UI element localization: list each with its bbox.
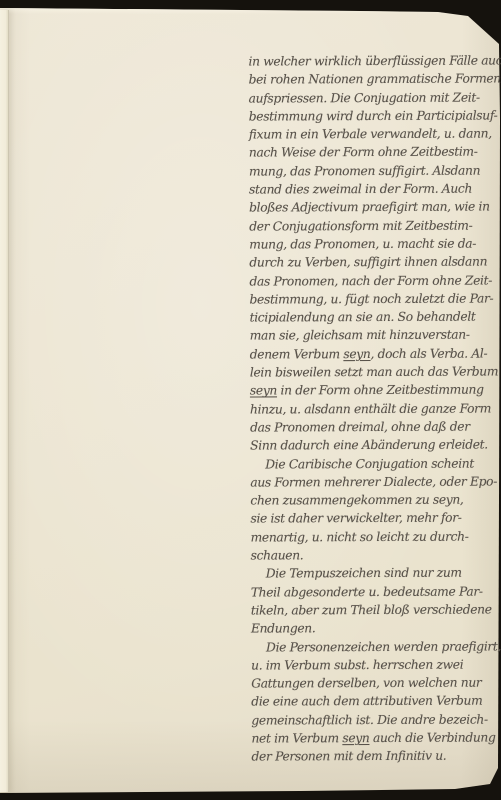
underlying-page-edge — [0, 10, 9, 792]
manuscript-line: man sie, gleichsam mit hinzuverstan- — [250, 326, 501, 345]
manuscript-line: Theil abgesonderte u. bedeutsame Par- — [251, 582, 501, 601]
manuscript-line: chen zusammengekommen zu seyn, — [250, 491, 501, 510]
manuscript-line: nach Weise der Form ohne Zeitbestim- — [249, 143, 500, 162]
manuscript-line: Gattungen derselben, von welchen nur — [251, 674, 501, 693]
manuscript-line: der Conjugationsform mit Zeitbestim- — [249, 216, 500, 235]
photo-background: in welcher wirklich überflüssigen Fälle … — [0, 0, 501, 800]
manuscript-line: das Pronomen dreimal, ohne daß der — [250, 417, 501, 436]
manuscript-line: menartig, u. nicht so leicht zu durch- — [251, 527, 501, 546]
manuscript-line: Endungen. — [251, 619, 501, 638]
manuscript-line: tikeln, aber zum Theil bloß verschiedene — [251, 600, 501, 619]
manuscript-line: ticipialendung an sie an. So behandelt — [250, 308, 501, 327]
manuscript-line: gemeinschaftlich ist. Die andre bezeich- — [251, 710, 501, 729]
manuscript-line: durch zu Verben, suffigirt ihnen alsdann — [249, 253, 500, 272]
manuscript-line: aus Formen mehrerer Dialecte, oder Epo- — [250, 472, 501, 491]
manuscript-line: bestimmung, u. fügt noch zuletzt die Par… — [249, 289, 500, 308]
manuscript-line: mung, das Pronomen suffigirt. Alsdann — [249, 161, 500, 180]
manuscript-line: bei rohen Nationen grammatische Formen — [249, 70, 500, 89]
manuscript-line: die eine auch dem attributiven Verbum — [251, 692, 501, 711]
manuscript-line: bloßes Adjectivum praefigirt man, wie in — [249, 198, 500, 217]
manuscript-line: Sinn dadurch eine Abänderung erleidet. — [250, 436, 501, 455]
manuscript-line: Die Tempuszeichen sind nur zum — [251, 564, 501, 583]
manuscript-line: Die Caribische Conjugation scheint — [250, 454, 501, 473]
manuscript-line: u. im Verbum subst. herrschen zwei — [251, 655, 501, 674]
manuscript-line: stand dies zweimal in der Form. Auch — [249, 180, 500, 199]
manuscript-line: hinzu, u. alsdann enthält die ganze Form — [250, 399, 501, 418]
manuscript-line: seyn in der Form ohne Zeitbestimmung — [250, 381, 501, 400]
page-top-edge — [0, 8, 460, 14]
manuscript-line: bestimmung wird durch ein Participialsuf… — [249, 106, 500, 125]
manuscript-line: lein bisweilen setzt man auch das Verbum — [250, 362, 501, 381]
manuscript-line: der Personen mit dem Infinitiv u. — [251, 747, 501, 766]
manuscript-line: aufspriessen. Die Conjugation mit Zeit- — [249, 88, 500, 107]
manuscript-line: denem Verbum seyn, doch als Verba. Al- — [250, 344, 501, 363]
manuscript-line: schauen. — [251, 545, 501, 564]
manuscript-line: das Pronomen, nach der Form ohne Zeit- — [249, 271, 500, 290]
handwritten-text-block: in welcher wirklich überflüssigen Fälle … — [248, 51, 501, 766]
manuscript-line: in welcher wirklich überflüssigen Fälle … — [248, 51, 499, 70]
manuscript-line: fixum in ein Verbale verwandelt, u. dann… — [249, 125, 500, 144]
manuscript-line: net im Verbum seyn auch die Verbindung — [251, 728, 501, 747]
manuscript-line: mung, das Pronomen, u. macht sie da- — [249, 234, 500, 253]
manuscript-line: Die Personenzeichen werden praefigirt, — [251, 637, 501, 656]
manuscript-line: sie ist daher verwickelter, mehr for- — [250, 509, 501, 528]
